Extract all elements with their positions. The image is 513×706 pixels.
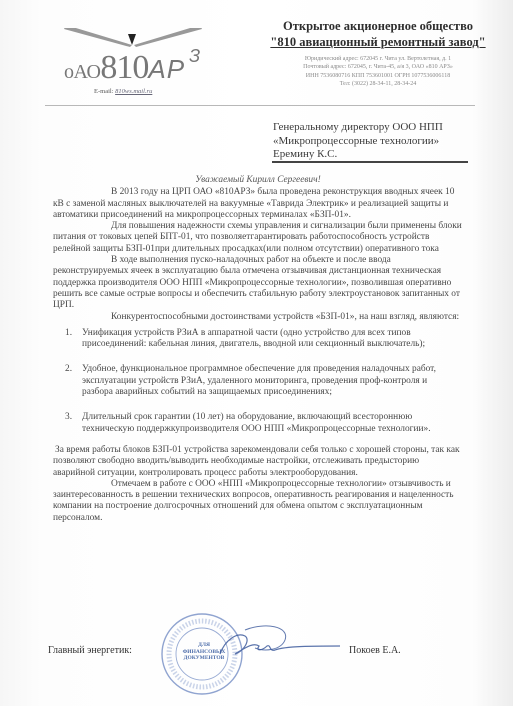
org-address-line: Юридический адрес: 672045 г. Чита ул. Ве… (258, 55, 498, 63)
signatory-name: Покоев Е.А. (349, 645, 401, 656)
addressee-underline (272, 161, 468, 163)
paragraph: В 2013 году на ЦРП ОАО «810АРЗ» была про… (53, 187, 463, 221)
list-text: Длительный срок гарантии (10 лет) на обо… (82, 412, 431, 433)
handwritten-signature-icon (215, 622, 345, 672)
logo-prefix: оАО (64, 61, 100, 83)
email-label: E-mail: (94, 88, 114, 95)
letter-page: оАО810АРЗ E-mail: 810ws.mail.ru Открытое… (0, 0, 513, 706)
addressee-line: Еремину К.С. (273, 148, 443, 162)
advantages-list: 1. Унификация устройств РЗиА в аппаратно… (53, 328, 463, 435)
paragraph: За время работы блоков БЗП-01 устройства… (53, 445, 463, 479)
addressee-block: Генеральному директору ООО НПП «Микропро… (273, 121, 443, 162)
company-logo: оАО810АРЗ (50, 28, 220, 88)
org-address: Юридический адрес: 672045 г. Чита ул. Ве… (258, 55, 498, 88)
org-address-line: ИНН 7536080716 КПП 753601001 ОГРН 107753… (258, 72, 498, 80)
logo-wordmark: оАО810АРЗ (64, 46, 200, 87)
logo-superscript: З (189, 46, 200, 66)
list-number: 1. (65, 328, 72, 339)
email-link[interactable]: 810ws.mail.ru (115, 88, 152, 95)
signatory-title: Главный энергетик: (48, 645, 132, 656)
org-name: "810 авиационный ремонтный завод" (258, 35, 498, 50)
list-item: 1. Унификация устройств РЗиА в аппаратно… (53, 328, 463, 351)
letter-body: Уважаемый Кирилл Сергеевич! В 2013 году … (53, 175, 463, 524)
list-text: Унификация устройств РЗиА в аппаратной ч… (82, 328, 425, 349)
paragraph: В ходе выполнения пуско-наладочных работ… (53, 255, 463, 311)
logo-suffix: АР (148, 54, 185, 84)
paragraph: Отмечаем в работе с ООО «НПП «Микропроце… (53, 479, 463, 524)
salutation: Уважаемый Кирилл Сергеевич! (53, 175, 463, 186)
org-address-line: Тел: (3022) 28-34-11, 28-34-24 (258, 80, 498, 88)
organization-header: Открытое акционерное общество "810 авиац… (258, 19, 498, 88)
list-number: 3. (65, 412, 72, 423)
addressee-line: Генеральному директору ООО НПП (273, 121, 443, 135)
list-text: Удобное, функциональное программное обес… (82, 364, 436, 397)
list-item: 2. Удобное, функциональное программное о… (53, 364, 463, 398)
org-type: Открытое акционерное общество (258, 19, 498, 34)
list-item: 3. Длительный срок гарантии (10 лет) на … (53, 412, 463, 435)
paragraph: Для повышения надежности схемы управлени… (53, 221, 463, 255)
email-line: E-mail: 810ws.mail.ru (94, 88, 152, 95)
list-number: 2. (65, 364, 72, 375)
logo-number: 810 (100, 49, 148, 86)
letterhead-divider (45, 105, 475, 106)
org-address-line: Почтовый адрес: 672045, г. Чита-45, а/я … (258, 63, 498, 71)
addressee-line: «Микропроцессорные технологии» (273, 135, 443, 149)
paragraph: Конкурентоспособными достоинствами устро… (53, 312, 463, 323)
